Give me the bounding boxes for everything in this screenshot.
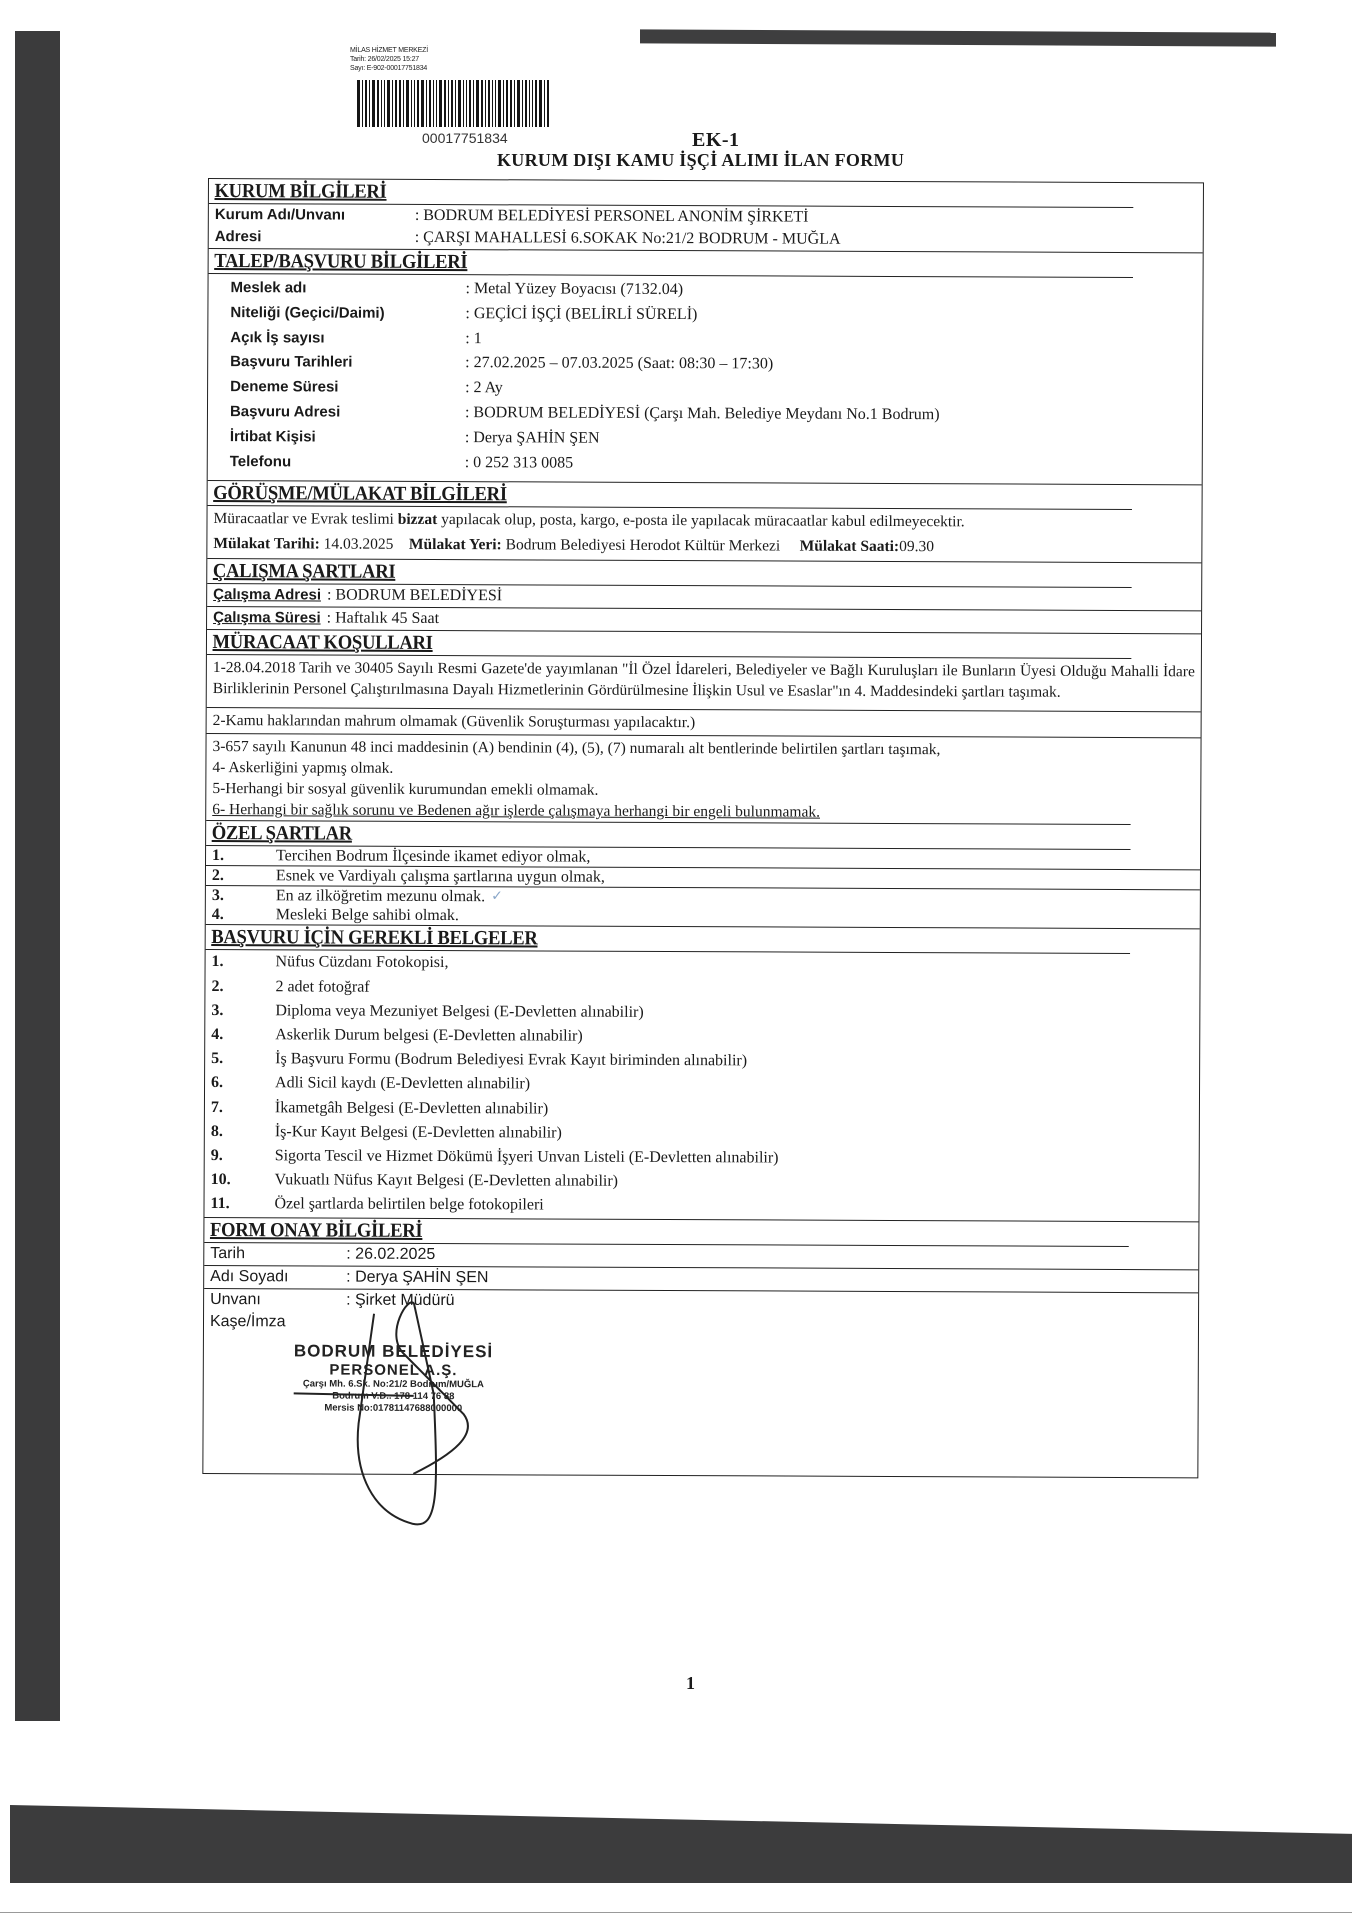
section-heading-muracaat: MÜRACAAT KOŞULLARI [207,630,1132,659]
section-heading-calisma: ÇALIŞMA ŞARTLARI [207,559,1132,588]
page-number: 1 [686,1673,695,1694]
scan-edge-line [0,1912,1352,1913]
field-value: : 2 Ay [465,376,503,401]
onay-section: FORM ONAY BİLGİLERİ Tarih: 26.02.2025 Ad… [203,1218,1198,1477]
kurum-address-row: Adresi : ÇARŞI MAHALLESİ 6.SOKAK No:21/2… [209,226,1203,252]
field-label: Kaşe/İmza [210,1311,346,1334]
interview-details: Mülakat Tarihi: 14.03.2025 Mülakat Yeri:… [207,531,1201,562]
field-value: : Metal Yüzey Boyacısı (7132.04) [465,277,683,303]
field-label: Çalışma Adresi [213,584,321,606]
muracaat-item: 1-28.04.2018 Tarih ve 30405 Sayılı Resmi… [207,655,1201,712]
field-label: Başvuru Adresi [230,400,465,426]
field-value: : 27.02.2025 – 07.03.2025 (Saat: 08:30 –… [465,352,773,378]
field-value: : 1 [465,327,482,352]
scan-shadow-bottom [10,1805,1352,1883]
interview-time-label: Mülakat Saati: [800,538,900,555]
interview-place-label: Mülakat Yeri: [409,536,502,553]
section-heading-kurum: KURUM BİLGİLERİ [209,179,1134,208]
registry-number: Sayı: E-902-00017751834 [350,64,428,73]
field-label: Unvanı [210,1289,346,1312]
registry-stamp: MİLAS HİZMET MERKEZİ Tarih: 26/02/2025 1… [350,46,428,73]
field-value: : GEÇİCİ İŞÇİ (BELİRLİ SÜRELİ) [465,302,697,328]
field-label: Telefonu [230,450,465,476]
section-heading-onay: FORM ONAY BİLGİLERİ [204,1218,1129,1247]
field-value: : BODRUM BELEDİYESİ [327,585,502,608]
barcode-number: 00017751834 [422,130,508,146]
annex-label: EK-1 [692,129,740,152]
interview-date: 14.03.2025 [320,536,394,553]
field-label: Adı Soyadı [210,1266,346,1289]
field-value: : 0 252 313 0085 [465,451,574,476]
barcode-icon [357,80,627,127]
stamp-area: BODRUM BELEDİYESİ PERSONEL A.Ş. Çarşı Mh… [203,1333,1198,1477]
page-title: KURUM DIŞI KAMU İŞÇİ ALIMI İLAN FORMU [497,150,904,171]
field-value: : 26.02.2025 [346,1243,435,1265]
field-label: Niteliği (Geçici/Daimi) [230,301,465,327]
field-label: Deneme Süresi [230,375,465,401]
field-value: : BODRUM BELEDİYESİ PERSONEL ANONİM ŞİRK… [415,205,809,229]
interview-date-label: Mülakat Tarihi: [213,535,319,552]
talep-row: Telefonu: 0 252 313 0085 [208,450,1202,479]
registry-date: Tarih: 26/02/2025 15:27 [350,55,428,64]
belgeler-list: 1.Nüfus Cüzdanı Fotokopisi,2.2 adet foto… [204,950,1199,1222]
company-stamp: BODRUM BELEDİYESİ PERSONEL A.Ş. Çarşı Mh… [294,1341,494,1415]
field-label: Kurum Adı/Unvanı [215,204,415,227]
muracaat-items-rest: 3-657 sayılı Kanunun 48 inci maddesinin … [206,734,1200,824]
field-label: Tarih [210,1243,346,1266]
checkmark-icon: ✓ [491,888,503,907]
talep-section: Meslek adı: Metal Yüzey Boyacısı (7132.0… [208,274,1203,486]
registry-office: MİLAS HİZMET MERKEZİ [350,46,428,55]
field-value: : Derya ŞAHİN ŞEN [465,426,600,451]
section-heading-belgeler: BAŞVURU İÇİN GEREKLİ BELGELER [206,925,1131,954]
kurum-section: Kurum Adı/Unvanı : BODRUM BELEDİYESİ PER… [209,204,1203,253]
announcement-form: KURUM BİLGİLERİ Kurum Adı/Unvanı : BODRU… [202,178,1204,1478]
section-heading-talep: TALEP/BAŞVURU BİLGİLERİ [209,249,1134,278]
approval-title-row: Unvanı: Şirket Müdürü [204,1289,1198,1315]
list-item: 11.Özel şartlarda belirtilen belge fotok… [204,1192,1198,1221]
field-label: Başvuru Tarihleri [230,350,465,376]
interview-place: Bodrum Belediyesi Herodot Kültür Merkezi [502,537,781,555]
field-value: : Haftalık 45 Saat [327,608,440,630]
field-label: Çalışma Süresi [213,607,321,629]
field-label: Meslek adı [230,276,465,302]
field-label: Açık İş sayısı [230,326,465,352]
field-label: İrtibat Kişisi [230,425,465,451]
section-heading-ozel: ÖZEL ŞARTLAR [206,820,1131,850]
scan-shadow-left [15,31,60,1721]
field-value: : Derya ŞAHİN ŞEN [346,1266,488,1289]
field-label: Adresi [215,226,415,249]
field-value: : Şirket Müdürü [346,1289,455,1311]
field-value: : ÇARŞI MAHALLESİ 6.SOKAK No:21/2 BODRUM… [415,227,841,251]
field-value: : BODRUM BELEDİYESİ (Çarşı Mah. Belediye… [465,401,940,428]
scan-shadow-top [640,29,1276,46]
interview-time: 09.30 [899,538,934,555]
section-heading-gorusme: GÖRÜŞME/MÜLAKAT BİLGİLERİ [208,481,1133,510]
ozel-list: 1.Tercihen Bodrum İlçesinde ikamet ediyo… [206,846,1200,929]
gorusme-section: Müracaatlar ve Evrak teslimi bizzat yapı… [207,506,1201,563]
